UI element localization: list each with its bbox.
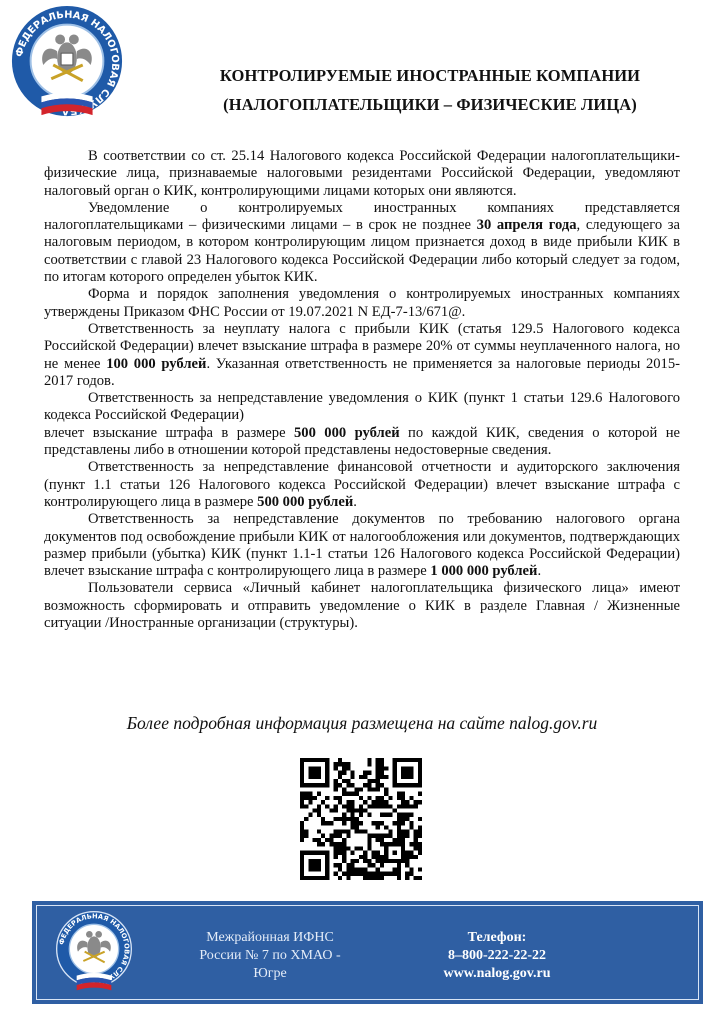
- footer-banner: ФЕДЕРАЛЬНАЯ НАЛОГОВАЯ СЛУЖБА Межрайонная…: [32, 901, 703, 1004]
- paragraph-text: Ответственность за непредставление докум…: [44, 511, 680, 579]
- body-paragraph: Форма и порядок заполнения уведомления о…: [44, 286, 680, 321]
- page-title-line-1: КОНТРОЛИРУЕМЫЕ ИНОСТРАННЫЕ КОМПАНИИ: [150, 66, 710, 86]
- emphasis-text: 500 000 рублей: [294, 425, 400, 441]
- qr-code-icon: [300, 758, 422, 880]
- fns-emblem-icon: ФЕДЕРАЛЬНАЯ НАЛОГОВАЯ СЛУЖБА: [8, 4, 126, 122]
- paragraph-text: Форма и порядок заполнения уведомления о…: [44, 286, 680, 319]
- paragraph-text: В соответствии со ст. 25.14 Налогового к…: [44, 148, 680, 199]
- website-link[interactable]: www.nalog.gov.ru: [412, 965, 582, 983]
- contact-block: Телефон: 8–800-222-22-22 www.nalog.gov.r…: [412, 929, 582, 983]
- body-paragraph: Ответственность за неуплату налога с при…: [44, 321, 680, 390]
- body-paragraph: Уведомление о контролируемых иностранных…: [44, 200, 680, 286]
- body-paragraph: В соответствии со ст. 25.14 Налогового к…: [44, 148, 680, 200]
- tax-office-line: Межрайонная ИФНС: [195, 929, 345, 947]
- page-title-line-2: (НАЛОГОПЛАТЕЛЬЩИКИ – ФИЗИЧЕСКИЕ ЛИЦА): [150, 95, 710, 115]
- body-paragraph: Ответственность за непредставление уведо…: [44, 390, 680, 425]
- footer-border: [36, 905, 699, 1000]
- paragraph-text: .: [353, 494, 357, 510]
- tax-office-line: России № 7 по ХМАО -: [195, 947, 345, 965]
- emphasis-text: 500 000 рублей: [257, 494, 353, 510]
- phone-label: Телефон:: [412, 929, 582, 947]
- paragraph-text: Ответственность за непредставление уведо…: [44, 390, 680, 423]
- fns-emblem-logo: ФЕДЕРАЛЬНАЯ НАЛОГОВАЯ СЛУЖБА: [8, 4, 126, 122]
- qr-code[interactable]: [300, 758, 422, 880]
- body-paragraph: Пользователи сервиса «Личный кабинет нал…: [44, 580, 680, 632]
- paragraph-text: Ответственность за непредставление финан…: [44, 459, 680, 510]
- body-paragraph: Ответственность за непредставление финан…: [44, 459, 680, 511]
- emphasis-text: 30 апреля года: [477, 217, 577, 233]
- body-paragraph: Ответственность за непредставление докум…: [44, 511, 680, 580]
- footer-fns-emblem: ФЕДЕРАЛЬНАЯ НАЛОГОВАЯ СЛУЖБА: [54, 909, 134, 997]
- emphasis-text: 100 000 рублей: [106, 356, 206, 372]
- emphasis-text: 1 000 000 рублей: [430, 563, 537, 579]
- tax-office-name: Межрайонная ИФНС России № 7 по ХМАО - Юг…: [195, 929, 345, 983]
- document-body: В соответствии со ст. 25.14 Налогового к…: [44, 148, 680, 632]
- body-paragraph: влечет взыскание штрафа в размере 500 00…: [44, 425, 680, 460]
- fns-emblem-icon: ФЕДЕРАЛЬНАЯ НАЛОГОВАЯ СЛУЖБА: [54, 909, 134, 997]
- phone-number[interactable]: 8–800-222-22-22: [412, 947, 582, 965]
- tax-office-line: Югре: [195, 965, 345, 983]
- paragraph-text: влечет взыскание штрафа в размере: [44, 425, 294, 441]
- more-info-note: Более подробная информация размещена на …: [0, 713, 724, 734]
- paragraph-text: Пользователи сервиса «Личный кабинет нал…: [44, 580, 680, 631]
- paragraph-text: .: [537, 563, 541, 579]
